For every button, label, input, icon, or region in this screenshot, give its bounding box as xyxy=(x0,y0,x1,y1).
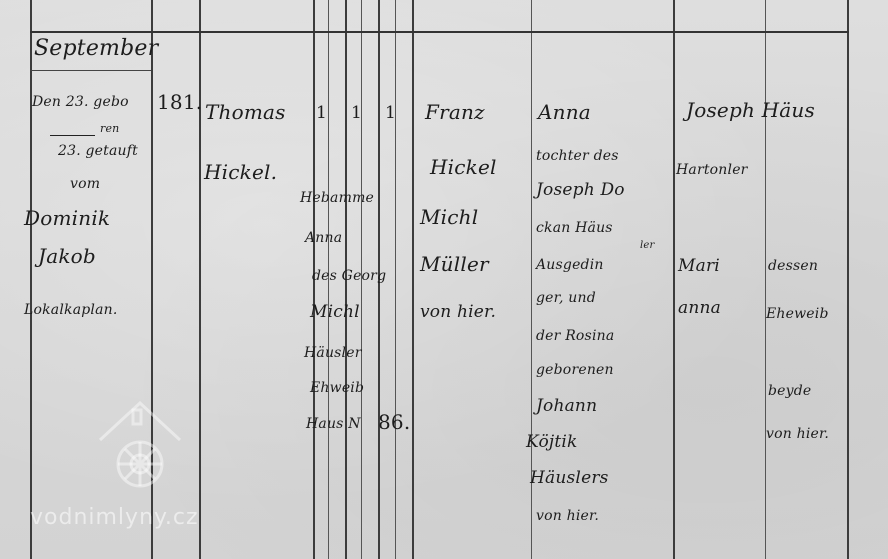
godparent-line: Mari xyxy=(678,256,720,276)
column-rule xyxy=(847,0,849,559)
register-page: September Den 23. gebo ren 23. getauft v… xyxy=(0,0,888,559)
column-rule xyxy=(673,0,675,559)
priest-second-name: Jakob xyxy=(38,244,96,268)
watermark-text: vodnimlyny.cz xyxy=(30,505,199,530)
column-rule xyxy=(765,0,766,559)
month-heading: September xyxy=(34,36,158,61)
godparent-note-line: Eheweib xyxy=(766,306,829,322)
header-rule xyxy=(30,31,849,33)
column-rule xyxy=(30,0,32,559)
born-date: Den 23. gebo xyxy=(32,94,129,110)
midwife-line: Anna xyxy=(305,230,342,246)
godparent-note-line: von hier. xyxy=(766,426,829,442)
midwife-line: Häusler xyxy=(304,345,362,361)
child-first-name: Thomas xyxy=(205,100,286,124)
mother-line: Köjtik xyxy=(526,432,578,452)
godparent-line: anna xyxy=(678,298,721,318)
mother-line: Johann xyxy=(536,396,597,416)
month-underline xyxy=(30,70,151,71)
midwife-line: des Georg xyxy=(312,268,386,284)
godparent-line: Joseph Häus xyxy=(686,98,815,122)
midwife-line: Haus N xyxy=(306,416,361,432)
date-separator xyxy=(50,135,95,136)
mother-line: geborenen xyxy=(536,362,614,378)
mother-line: tochter des xyxy=(536,148,619,164)
priest-title: Lokalkaplan. xyxy=(24,302,118,318)
mother-line: ckan Häus xyxy=(536,220,613,236)
father-line: Michl xyxy=(420,205,478,229)
father-line: von hier. xyxy=(420,302,496,322)
child-surname: Hickel. xyxy=(204,160,277,184)
midwife-line: Hebamme xyxy=(300,190,374,206)
tally-legitimate: 1 xyxy=(385,103,396,123)
mother-line: Anna xyxy=(538,100,591,124)
by-label: vom xyxy=(70,176,100,192)
mother-line: ger, und xyxy=(536,290,596,306)
mother-line: Ausgedin xyxy=(536,257,604,273)
tally-male: 1 xyxy=(351,103,362,123)
born-date-continued: ren xyxy=(100,122,119,135)
father-line: Franz xyxy=(425,100,485,124)
father-line: Müller xyxy=(420,252,489,276)
house-number: 181. xyxy=(157,90,202,114)
mother-line: der Rosina xyxy=(536,328,614,344)
mother-line: Joseph Do xyxy=(536,180,625,200)
column-rule xyxy=(199,0,201,559)
midwife-line: Ehweib xyxy=(310,380,364,396)
godparent-note-line: beyde xyxy=(768,383,811,399)
mother-line: von hier. xyxy=(536,508,599,524)
father-line: Hickel xyxy=(430,155,497,179)
mother-line: Häuslers xyxy=(530,468,609,488)
column-rule xyxy=(412,0,414,559)
priest-first-name: Dominik xyxy=(24,206,110,230)
tally-catholic: 1 xyxy=(316,103,327,123)
godparent-note-line: dessen xyxy=(768,258,818,274)
mother-superscript: ler xyxy=(640,240,655,251)
midwife-line: Michl xyxy=(310,302,360,322)
godparent-line: Hartonler xyxy=(676,162,748,178)
baptism-date: 23. getauft xyxy=(58,143,138,159)
midwife-house-number: 86. xyxy=(378,410,410,434)
watermill-logo-icon xyxy=(95,398,185,493)
column-rule xyxy=(395,0,396,559)
